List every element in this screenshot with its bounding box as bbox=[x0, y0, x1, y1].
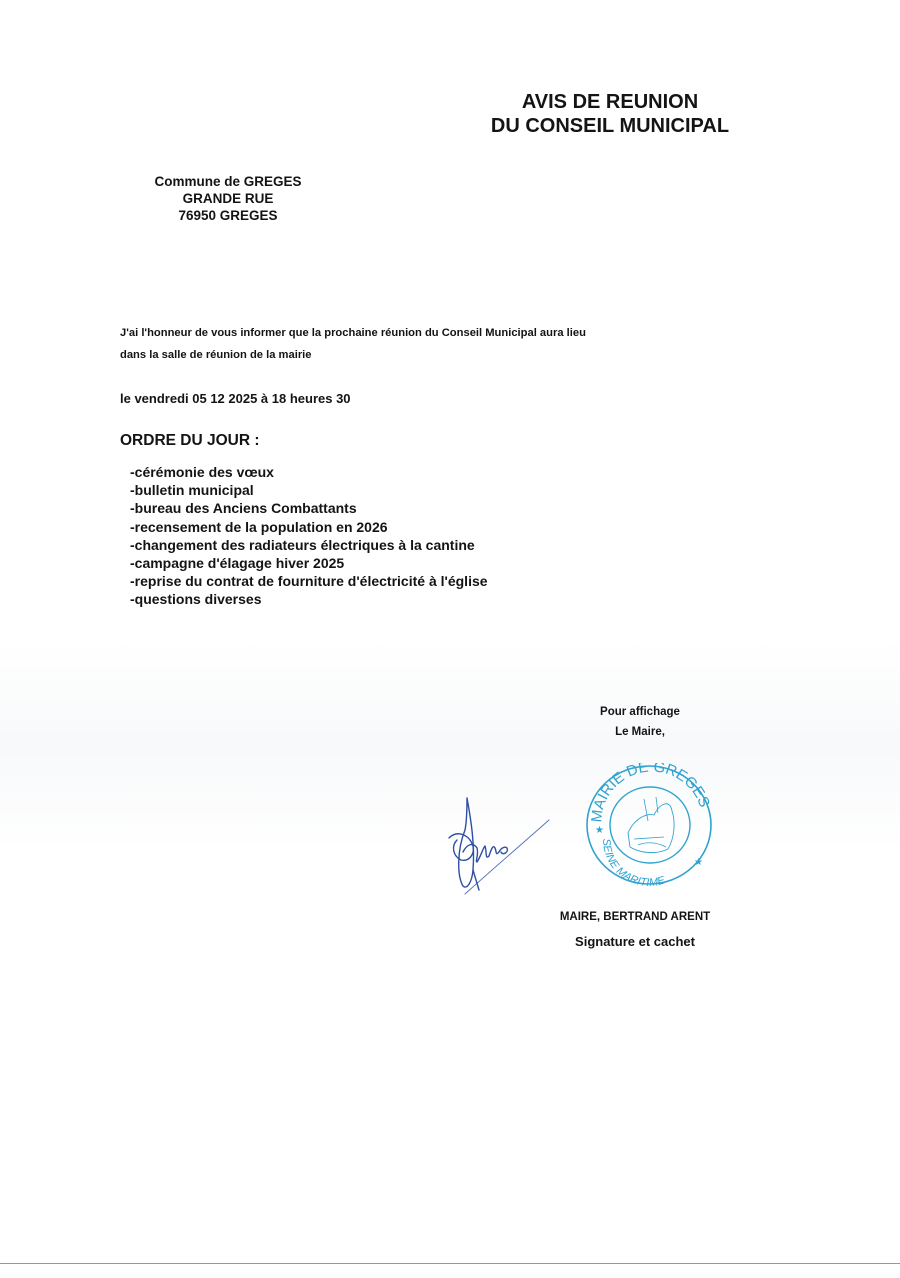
pour-affichage: Pour affichage bbox=[555, 704, 725, 720]
address-line-3: 76950 GREGES bbox=[128, 207, 328, 224]
agenda-item: -campagne d'élagage hiver 2025 bbox=[130, 554, 488, 572]
agenda-item: -changement des radiateurs électriques à… bbox=[130, 536, 488, 554]
address-line-1: Commune de GREGES bbox=[128, 173, 328, 190]
address-line-2: GRANDE RUE bbox=[128, 190, 328, 207]
handwritten-signature-icon bbox=[445, 790, 555, 900]
title-line-1: AVIS DE REUNION bbox=[440, 90, 780, 114]
intro-paragraph: J'ai l'honneur de vous informer que la p… bbox=[120, 322, 586, 366]
page-bottom-rule bbox=[0, 1263, 900, 1264]
svg-text:★: ★ bbox=[694, 857, 703, 868]
intro-line-1: J'ai l'honneur de vous informer que la p… bbox=[120, 322, 586, 344]
intro-line-2: dans la salle de réunion de la mairie bbox=[120, 344, 586, 366]
title-line-2: DU CONSEIL MUNICIPAL bbox=[440, 114, 780, 138]
document-title: AVIS DE REUNION DU CONSEIL MUNICIPAL bbox=[440, 90, 780, 138]
agenda-list: -cérémonie des vœux -bulletin municipal … bbox=[130, 463, 488, 609]
agenda-item: -bulletin municipal bbox=[130, 481, 488, 499]
agenda-item: -reprise du contrat de fourniture d'élec… bbox=[130, 572, 488, 590]
svg-text:★: ★ bbox=[595, 825, 604, 836]
agenda-item: -cérémonie des vœux bbox=[130, 463, 488, 481]
signature-caption: Signature et cachet bbox=[540, 933, 730, 951]
agenda-item: -bureau des Anciens Combattants bbox=[130, 499, 488, 517]
mairie-stamp-icon: MAIRIE DE GREGES SEINE MARITIME ★ ★ bbox=[584, 763, 714, 888]
stamp-top-text: MAIRIE DE GREGES bbox=[588, 763, 713, 823]
commune-address: Commune de GREGES GRANDE RUE 76950 GREGE… bbox=[128, 173, 328, 224]
meeting-date: le vendredi 05 12 2025 à 18 heures 30 bbox=[120, 390, 351, 408]
agenda-item: -recensement de la population en 2026 bbox=[130, 518, 488, 536]
svg-text:MAIRIE DE GREGES: MAIRIE DE GREGES bbox=[588, 763, 713, 823]
mayor-name: MAIRE, BERTRAND ARENT bbox=[530, 909, 740, 925]
agenda-heading: ORDRE DU JOUR : bbox=[120, 431, 260, 451]
agenda-item: -questions diverses bbox=[130, 590, 488, 608]
le-maire-label: Le Maire, bbox=[555, 724, 725, 740]
